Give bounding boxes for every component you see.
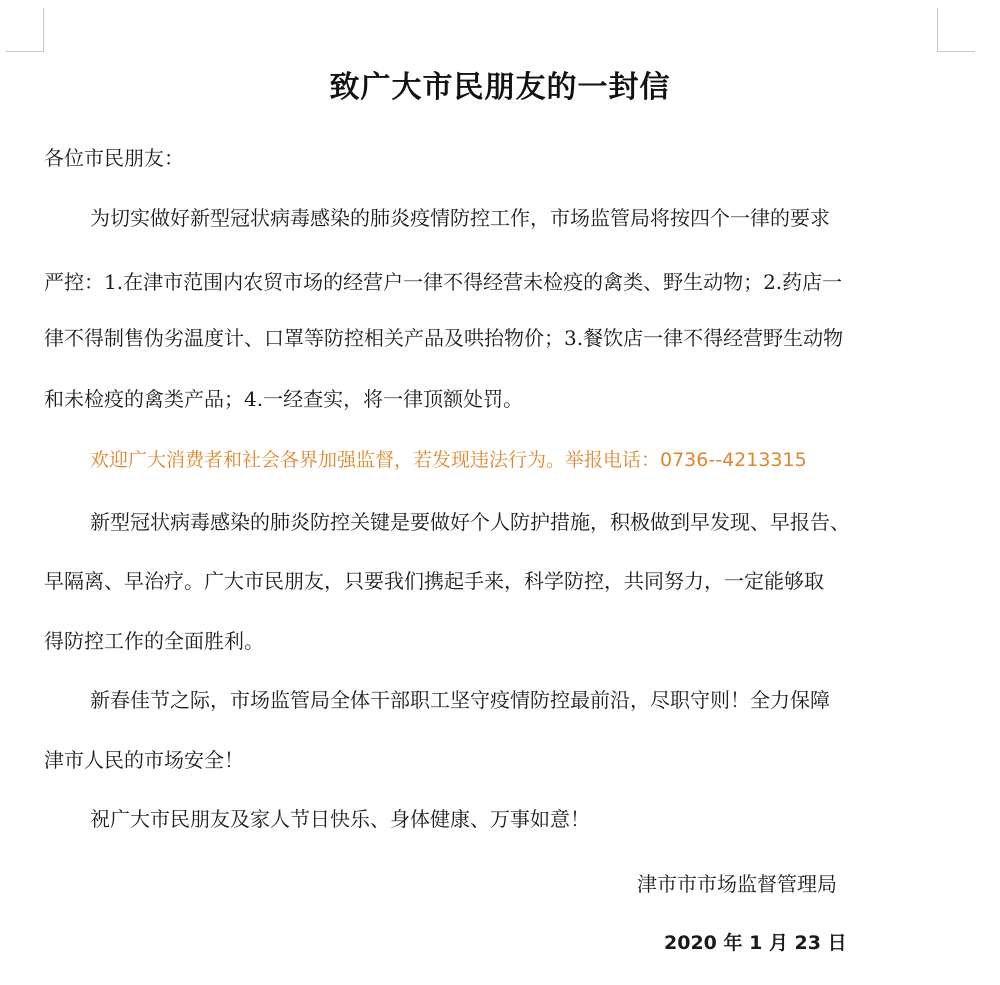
paragraph-1-line-2: 严控：1.在津市范围内农贸市场的经营户一律不得经营未检疫的禽类、野生动物；2.药…	[44, 270, 842, 294]
report-hotline-notice: 欢迎广大消费者和社会各界加强监督，若发现违法行为。举报电话：0736--4213…	[90, 448, 807, 472]
date: 2020 年 1 月 23 日	[664, 928, 847, 955]
paragraph-3-line-3: 得防控工作的全面胜利。	[44, 629, 264, 653]
page-corner-mark-top-left	[43, 8, 44, 52]
paragraph-1-line-4: 和未检疫的禽类产品；4.一经查实，将一律顶额处罚。	[44, 387, 523, 411]
page-corner-mark-top-left	[6, 51, 44, 52]
paragraph-4-line-1: 新春佳节之际，市场监管局全体干部职工坚守疫情防控最前沿，尽职守则！全力保障	[90, 688, 830, 712]
document-title: 致广大市民朋友的一封信	[0, 62, 1000, 106]
salutation: 各位市民朋友：	[44, 146, 184, 170]
paragraph-3-line-2: 早隔离、早治疗。广大市民朋友，只要我们携起手来，科学防控，共同努力，一定能够取	[44, 569, 824, 593]
paragraph-3-line-1: 新型冠状病毒感染的肺炎防控关键是要做好个人防护措施，积极做到早发现、早报告、	[90, 510, 850, 534]
signature: 津市市市场监督管理局	[637, 868, 837, 897]
page-corner-mark-top-right	[937, 8, 938, 52]
paragraph-4-line-2: 津市人民的市场安全！	[44, 748, 244, 772]
page-corner-mark-top-right	[937, 51, 975, 52]
paragraph-1-line-1: 为切实做好新型冠状病毒感染的肺炎疫情防控工作，市场监管局将按四个一律的要求	[90, 206, 830, 230]
paragraph-1-line-3: 律不得制售伪劣温度计、口罩等防控相关产品及哄抬物价；3.餐饮店一律不得经营野生动…	[44, 326, 843, 350]
paragraph-5-line-1: 祝广大市民朋友及家人节日快乐、身体健康、万事如意！	[90, 807, 590, 831]
